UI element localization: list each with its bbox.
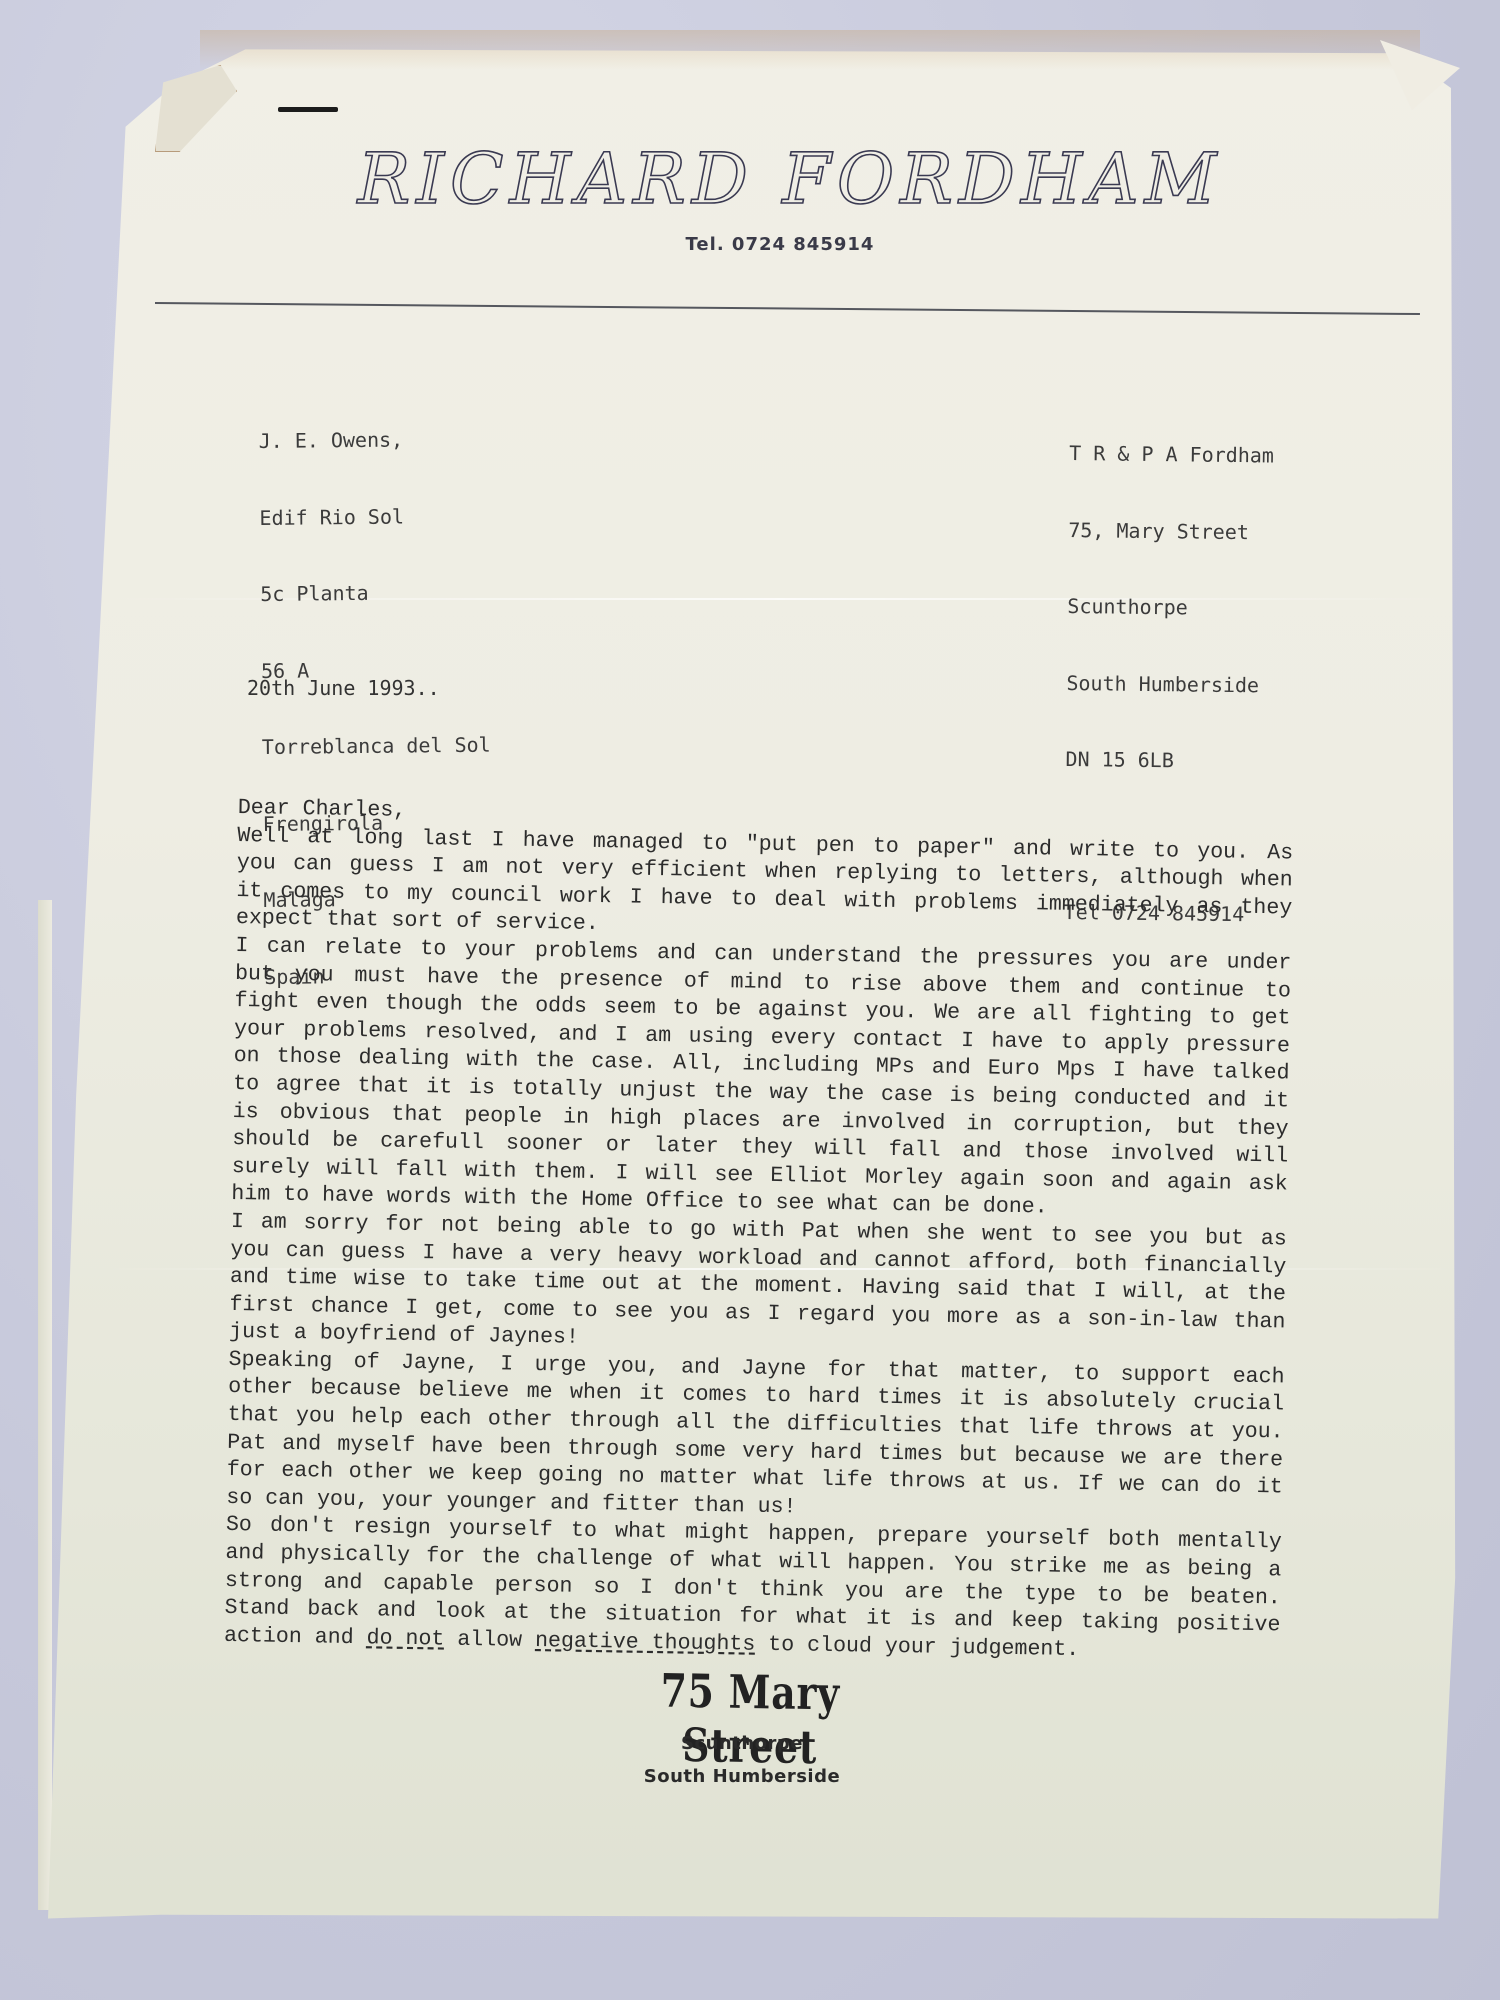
text-segment: to cloud your judgement. bbox=[755, 1633, 1079, 1662]
address-line: South Humberside bbox=[1066, 670, 1271, 698]
text-segment: allow bbox=[444, 1627, 535, 1653]
address-line: 5c Planta bbox=[260, 580, 489, 608]
address-line: Scunthorpe bbox=[1067, 594, 1272, 622]
letter-body: Dear Charles, Well at long last I have m… bbox=[224, 795, 1294, 1668]
footer-street: 75 Mary Street bbox=[594, 1662, 907, 1775]
footer-city: Scunthorpe bbox=[552, 1733, 932, 1754]
address-line: DN 15 6LB bbox=[1065, 747, 1270, 775]
underlined-negative-thoughts: negative thoughts bbox=[535, 1629, 756, 1657]
paper-underlayer-edge bbox=[38, 900, 52, 1910]
letterhead-name: RICHARD FORDHAM bbox=[350, 138, 1230, 220]
address-line: J. E. Owens, bbox=[259, 427, 488, 455]
address-line: Torreblanca del Sol bbox=[262, 733, 491, 761]
underlined-do-not: do not bbox=[366, 1626, 444, 1651]
ink-dash-mark bbox=[278, 107, 338, 112]
text-segment: action and bbox=[224, 1624, 367, 1650]
footer-county: South Humberside bbox=[552, 1766, 932, 1787]
body-lines: Well at long last I have managed to "put… bbox=[224, 823, 1293, 1641]
address-line: 75, Mary Street bbox=[1068, 517, 1273, 545]
letterhead-telephone: Tel. 0724 845914 bbox=[560, 234, 1000, 255]
letter-date: 20th June 1993.. bbox=[247, 676, 440, 700]
address-line: T R & P A Fordham bbox=[1069, 441, 1274, 469]
address-line: Edif Rio Sol bbox=[259, 503, 488, 531]
